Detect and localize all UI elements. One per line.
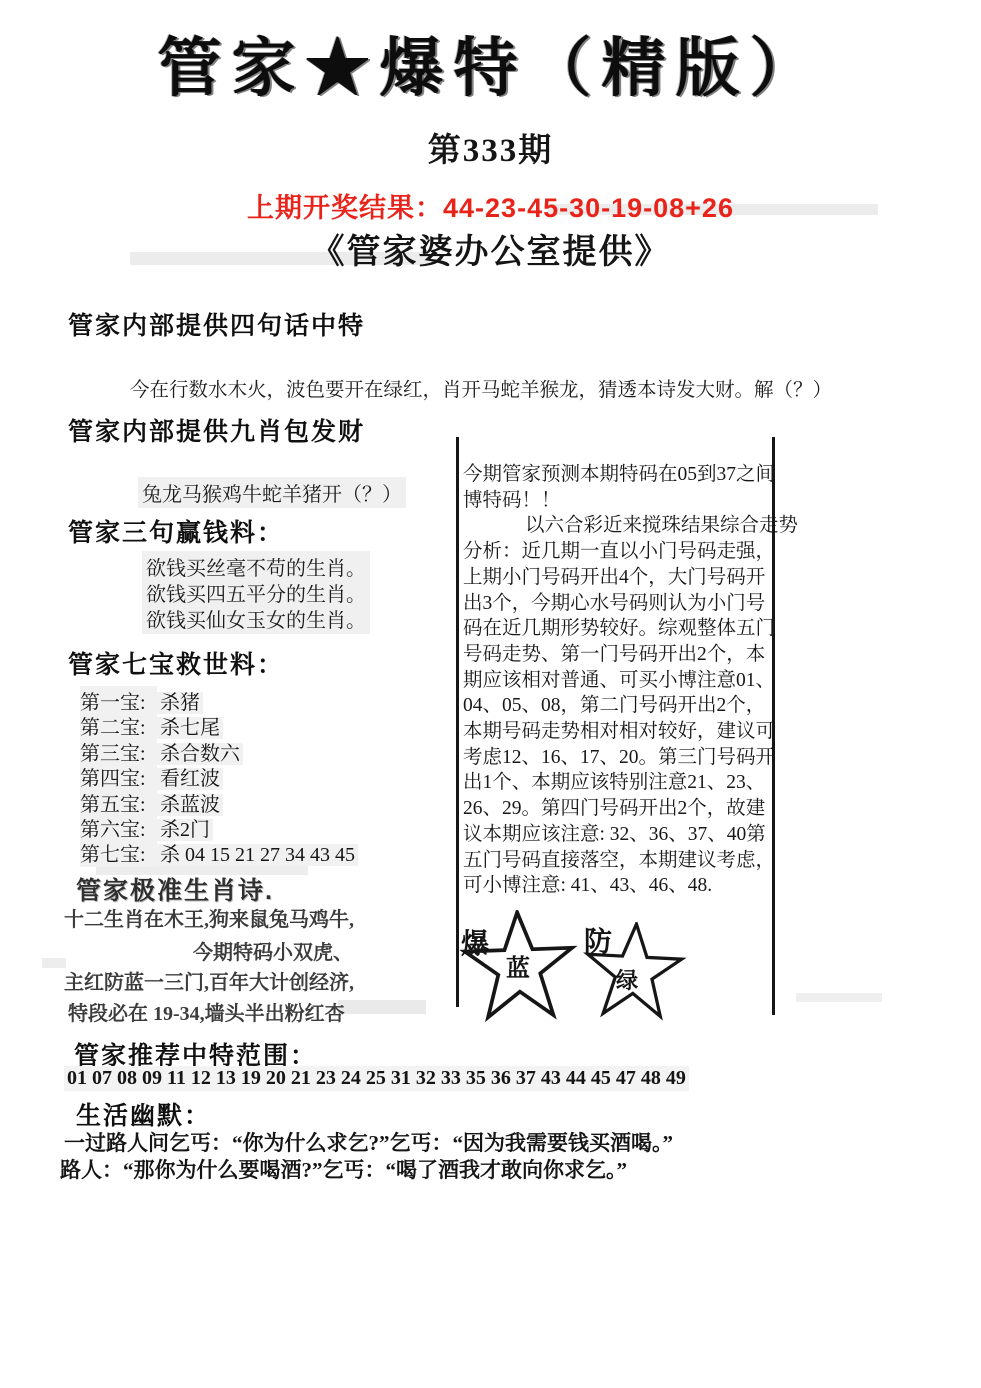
- section-heading-four-line-special: 管家内部提供四句话中特: [68, 306, 365, 342]
- issue-number: 第333期: [0, 124, 981, 171]
- treasure-value: 杀 04 15 21 27 34 43 45: [157, 844, 358, 866]
- forecast-line: 码在近几期形势较好。综观整体五门: [463, 616, 776, 642]
- last-draw-result: 上期开奖结果：44-23-45-30-19-08+26: [0, 186, 981, 225]
- humor-line: 路人：“那你为什么要喝酒?”乞丐：“喝了酒我才敢向你求乞。”: [60, 1154, 627, 1184]
- forecast-analysis-text: 今期管家预测本期特码在05到37之间 博特码！！ 以六合彩近来搅珠结果综合走势 …: [463, 462, 776, 899]
- zodiac-poem-line: 今期特码小双虎、: [193, 936, 353, 965]
- four-line-special-text: 今在行数水木火，波色要开在绿红，肖开马蛇羊猴龙，猜透本诗发大财。解（？）: [130, 374, 832, 402]
- zodiac-poem-line: 十二生肖在木王,狗来鼠兔马鸡牛,: [64, 903, 354, 932]
- section-heading-nine-zodiac: 管家内部提供九肖包发财: [68, 412, 365, 448]
- zodiac-poem-line: 特段必在 19-34,墙头半出粉红杏: [68, 997, 345, 1026]
- forecast-line: 26、29。第四门号码开出2个，故建: [463, 796, 776, 822]
- forecast-line: 04、05、08，第二门号码开出2个，: [463, 693, 776, 719]
- treasure-row: 第五宝:杀蓝波: [80, 788, 358, 813]
- recommended-numbers: 01 07 08 09 11 12 13 19 20 21 23 24 25 3…: [64, 1066, 689, 1091]
- star-blue-inside-label: 蓝: [506, 948, 530, 983]
- star-green-outside-label: 防: [584, 920, 612, 960]
- forecast-line: 出1个、本期应该特别注意21、23、: [463, 770, 776, 796]
- forecast-line: 博特码！！: [463, 488, 776, 514]
- treasure-row: 第二宝:杀七尾: [80, 711, 358, 736]
- forecast-line: 期应该相对普通、可买小博注意01、: [463, 668, 776, 694]
- forecast-line: 议本期应该注意: 32、36、37、40第: [463, 822, 776, 848]
- page-title: 管家★爆特（精版）: [0, 24, 981, 114]
- forecast-line: 考虑12、16、17、20。第三门号码开: [463, 745, 776, 771]
- forecast-line: 上期小门号码开出4个，大门号码开: [463, 565, 776, 591]
- treasure-row: 第七宝:杀 04 15 21 27 34 43 45: [80, 838, 358, 863]
- section-heading-zodiac-poem: 管家极准生肖诗.: [76, 871, 274, 907]
- humor-line: 一过路人问乞丐：“你为什么求乞?”乞丐：“因为我需要钱买酒喝。”: [64, 1127, 673, 1157]
- forecast-line: 五门号码直接落空，本期建议考虑，: [463, 848, 776, 874]
- forecast-line: 可小博注意: 41、43、46、48.: [463, 873, 776, 899]
- section-heading-seven-treasures: 管家七宝救世料：: [68, 645, 284, 681]
- treasure-row: 第四宝:看红波: [80, 762, 358, 787]
- last-draw-numbers: 44-23-45-30-19-08+26: [443, 193, 734, 223]
- scan-artifact: [796, 993, 882, 1002]
- forecast-line: 分析：近几期一直以小门号码走强，: [463, 539, 776, 565]
- forecast-line: 号码走势、第一门号码开出2个，本: [463, 642, 776, 668]
- treasure-row: 第六宝:杀2门: [80, 813, 358, 838]
- treasure-value: 看红波: [157, 768, 223, 790]
- forecast-line: 本期号码走势相对相对较好，建议可: [463, 719, 776, 745]
- forecast-line: 今期管家预测本期特码在05到37之间: [463, 462, 776, 488]
- treasure-label: 第七宝:: [80, 838, 157, 867]
- three-sentence-line: 欲钱买仙女玉女的生肖。: [142, 603, 370, 634]
- provider-line: 《管家婆办公室提供》: [0, 224, 981, 273]
- section-heading-three-sentence: 管家三句赢钱料：: [68, 513, 284, 549]
- star-blue-outside-label: 爆: [461, 922, 489, 962]
- last-draw-label: 上期开奖结果：: [247, 193, 443, 223]
- star-green-inside-label: 绿: [616, 964, 638, 995]
- forecast-line: 出3个，今期心水号码则认为小门号: [463, 591, 776, 617]
- zodiac-poem-line: 主红防蓝一三门,百年大计创经济,: [64, 966, 354, 995]
- treasure-row: 第一宝:杀猪: [80, 686, 358, 711]
- nine-zodiac-text: 兔龙马猴鸡牛蛇羊猪开（？）: [138, 477, 406, 508]
- seven-treasures-list: 第一宝:杀猪 第二宝:杀七尾 第三宝:杀合数六 第四宝:看红波 第五宝:杀蓝波 …: [80, 686, 358, 864]
- treasure-row: 第三宝:杀合数六: [80, 737, 358, 762]
- scan-artifact: [338, 1000, 426, 1014]
- scan-artifact: [42, 958, 66, 968]
- forecast-line: 以六合彩近来搅珠结果综合走势: [463, 513, 776, 539]
